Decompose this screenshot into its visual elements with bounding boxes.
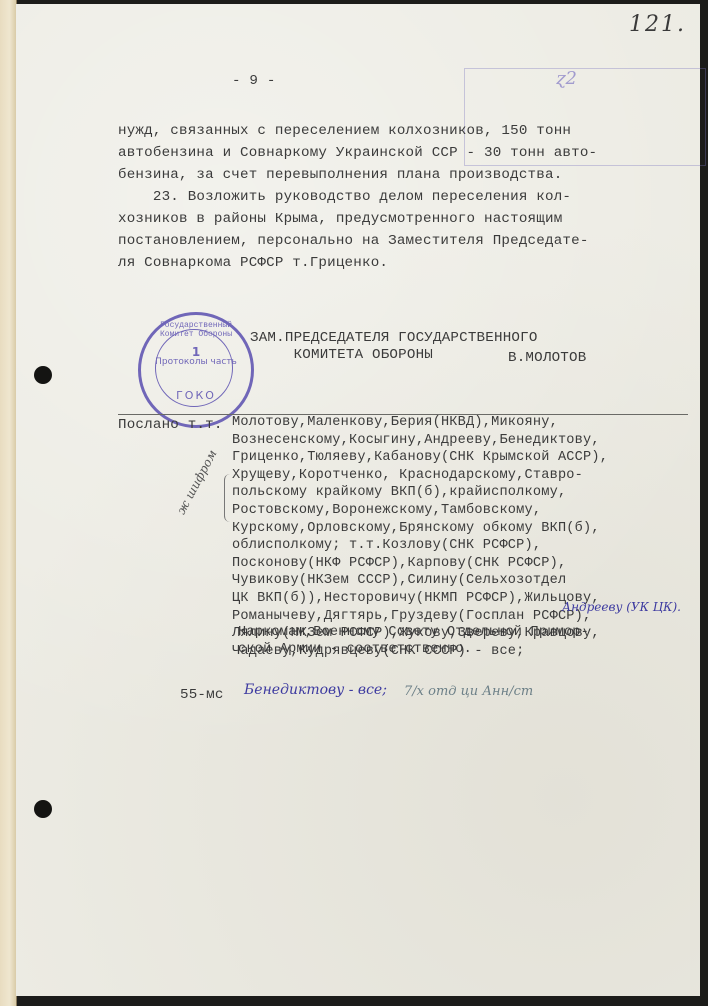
document-code: 55-мс (180, 684, 224, 706)
official-seal-stamp: Государственный Комитет Обороны 1 Проток… (138, 312, 254, 428)
seal-inner-text: Протоколы часть (141, 357, 251, 367)
punch-hole (34, 366, 52, 384)
handwritten-footer-note-gray: 7/х отд ци Анн/ст (404, 684, 533, 699)
binding-spine (0, 0, 17, 1006)
faint-handwritten-mark: ɀ2 (556, 68, 577, 89)
paragraph-continuation: нужд, связанных с переселением колхозник… (118, 120, 597, 186)
distribution-label: Послано т.т. (118, 414, 223, 436)
paragraph-23: 23. Возложить руководство делом переселе… (118, 186, 589, 274)
handwritten-addition: Андрееву (УК ЦК). (562, 600, 681, 614)
seal-bottom-text: ГОКО (141, 389, 251, 402)
distribution-tail: Наркомам,Военному Совету Отдельной Примо… (238, 624, 589, 658)
signature-title: ЗАМ.ПРЕДСЕДАТЕЛЯ ГОСУДАРСТВЕННОГО КОМИТЕ… (250, 330, 538, 364)
seal-outer-text: Государственный Комитет Обороны (141, 321, 251, 339)
archive-page-number: 121. (629, 12, 686, 37)
margin-brace (224, 474, 235, 522)
page-marker: - 9 - (232, 70, 276, 92)
handwritten-footer-note-blue: Бенедиктову - все; (244, 682, 387, 698)
punch-hole (34, 800, 52, 818)
signature-name: В.МОЛОТОВ (508, 347, 586, 369)
